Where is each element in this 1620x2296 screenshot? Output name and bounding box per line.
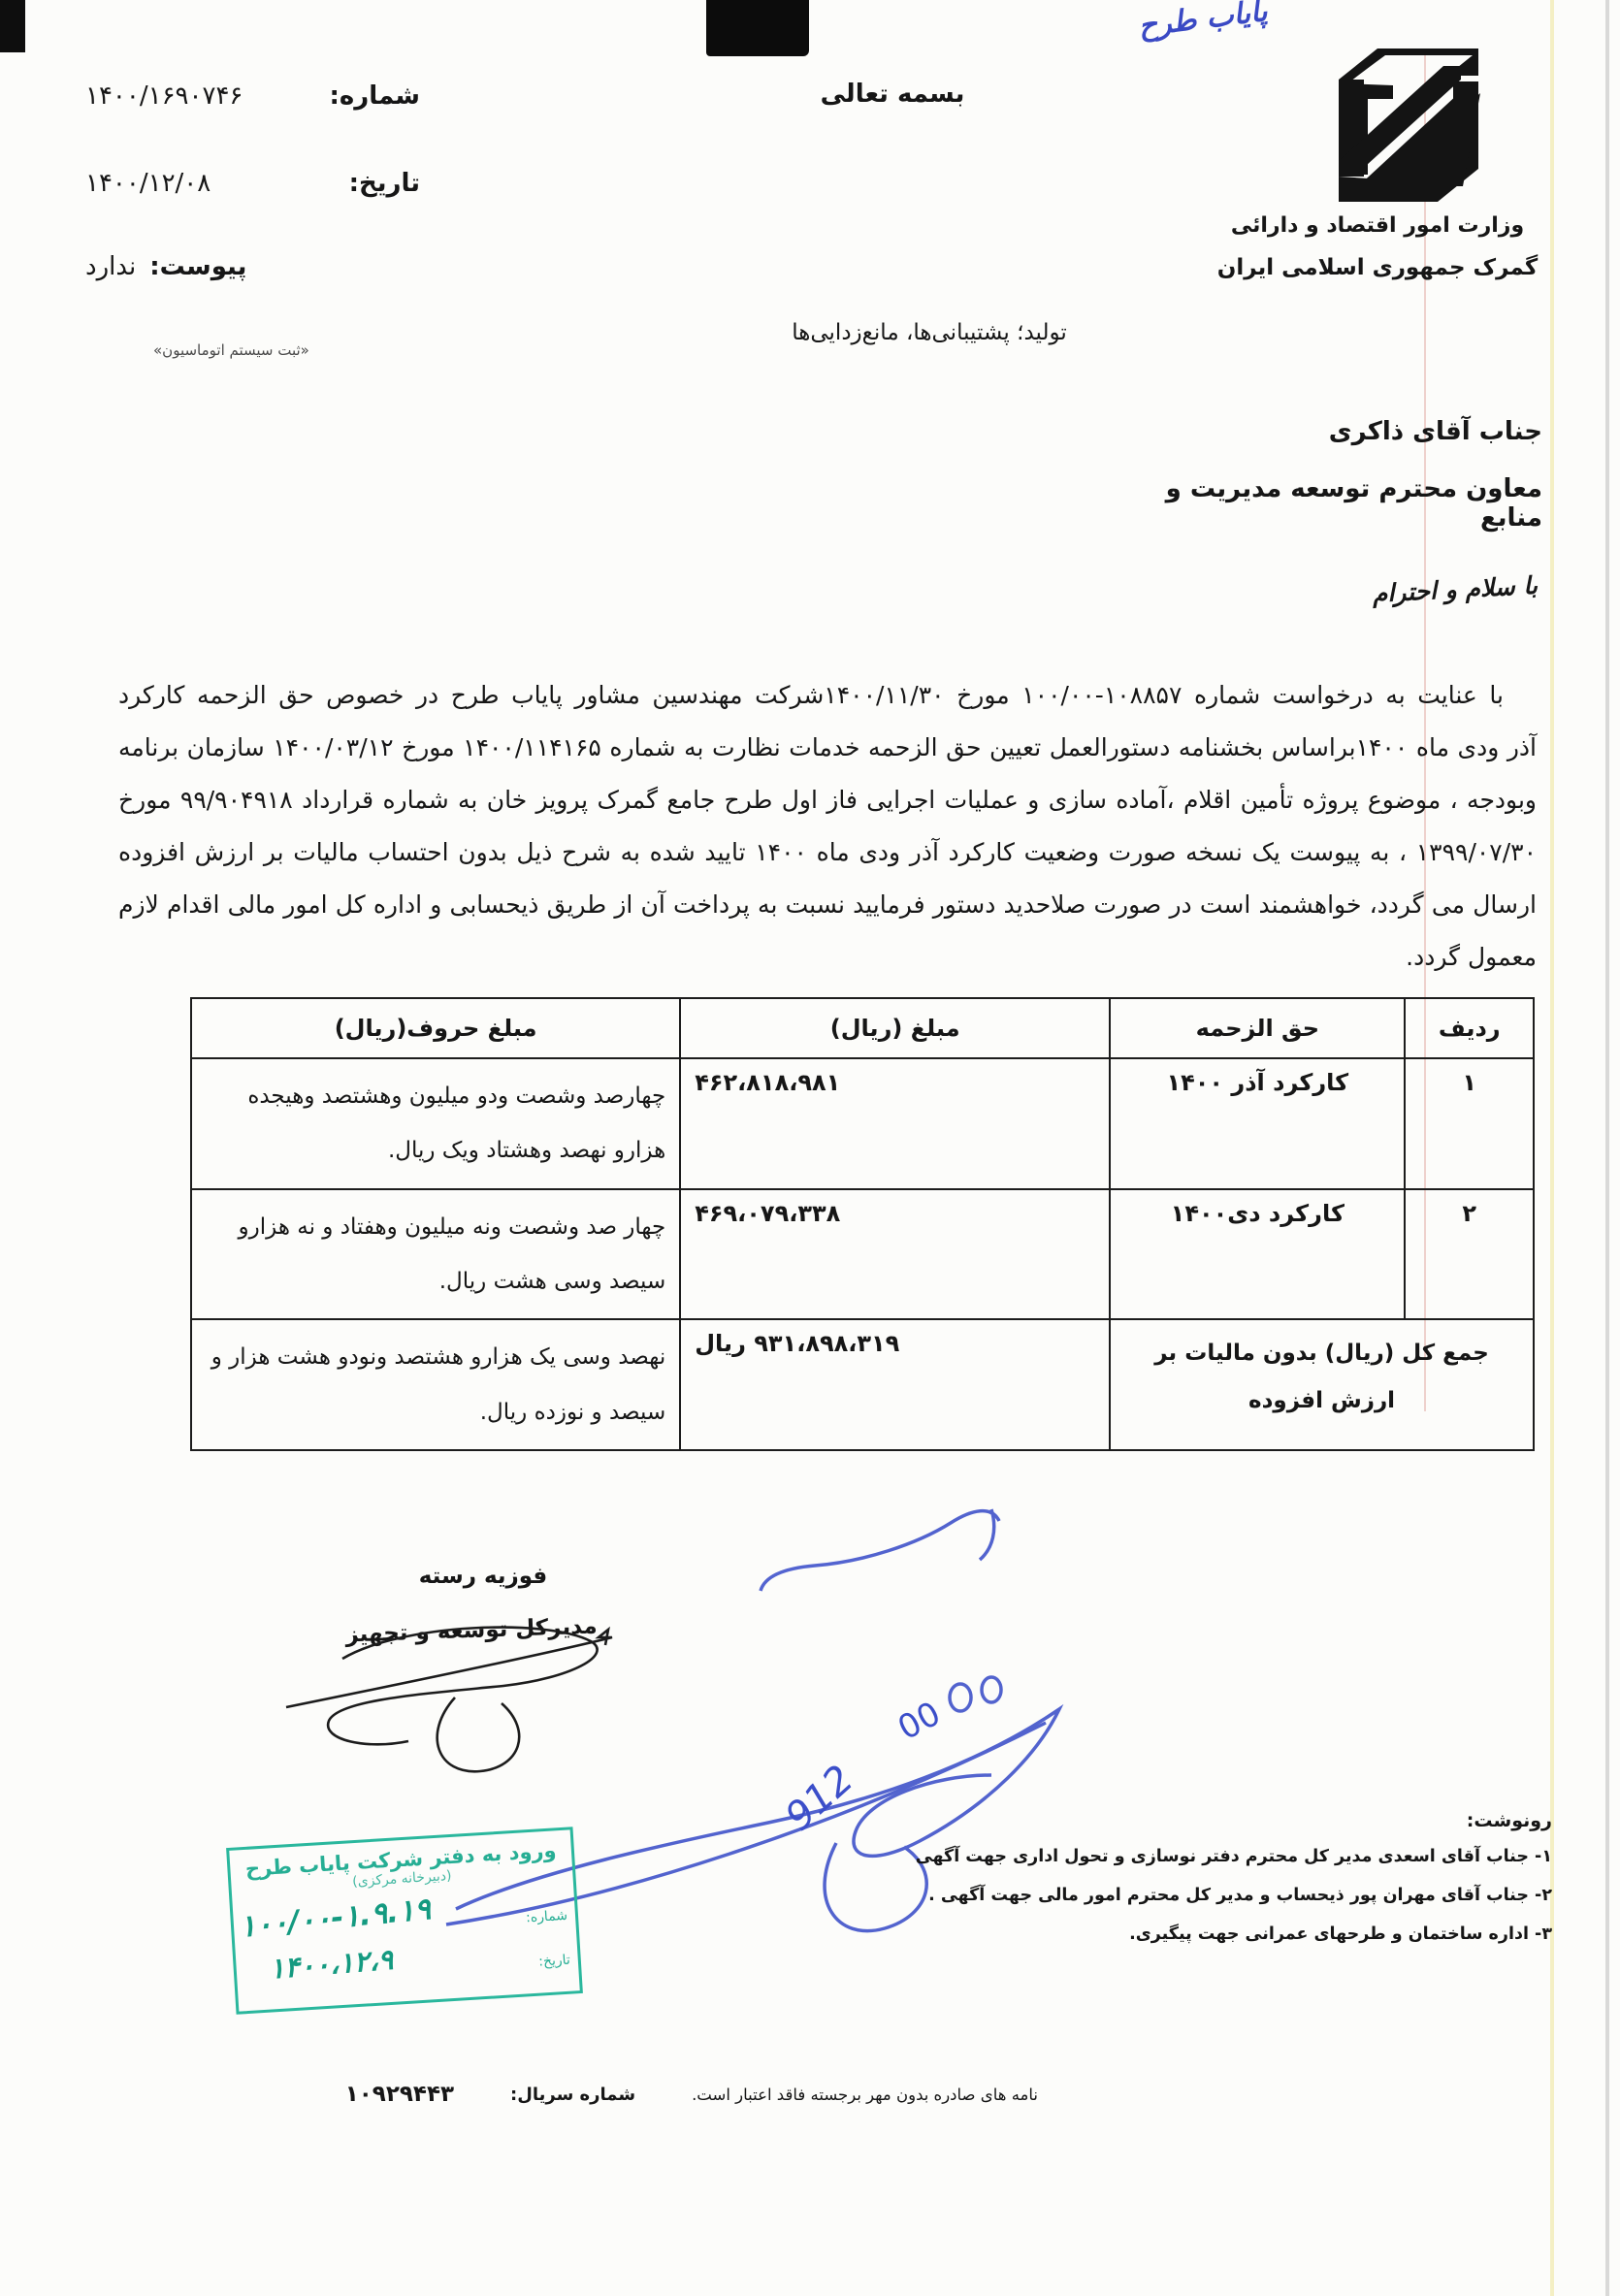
copies-section: رونوشت: ۱- جناب آقای اسعدی مدیر کل محترم… — [999, 1810, 1552, 1954]
copy-item: ۳- اداره ساختمان و طرحهای عمرانی جهت پیگ… — [999, 1915, 1552, 1954]
serial-label: شماره سریال: — [510, 2085, 635, 2105]
stamp-date-handwriting: ۱۴۰۰،۱۲،۹ — [268, 1943, 394, 1986]
fee-table-header-row: ردیف حق الزحمه مبلغ (ریال) مبلغ حروف(ریا… — [191, 998, 1534, 1058]
letter-date-row: تاریخ: ۱۴۰۰/۱۲/۰۸ — [85, 169, 420, 198]
letter-number-row: شماره: ۱۴۰۰/۱۶۹۰۷۴۶ — [85, 81, 420, 111]
organization-name: گمرک جمهوری اسلامی ایران — [1189, 255, 1566, 280]
header-fee: حق الزحمه — [1110, 998, 1405, 1058]
letter-attachment-value: ندارد — [85, 252, 136, 281]
table-total-row: جمع کل (ریال) بدون مالیات بر ارزش افزوده… — [191, 1319, 1534, 1450]
letter-date-value: ۱۴۰۰/۱۲/۰۸ — [85, 169, 211, 198]
row-amount-words: چهارصد وشصت ودو میلیون وهشتصد وهیجده هزا… — [191, 1058, 680, 1189]
handwritten-blue-note: پایاب طرح — [1076, 0, 1330, 51]
redaction-box — [706, 0, 809, 56]
recipient-name: جناب آقای ذاکری — [1145, 417, 1542, 446]
header-index: ردیف — [1405, 998, 1534, 1058]
body-line: ۱۳۹۹/۰۷/۳۰ ، به پیوست یک نسخه صورت وضعیت… — [118, 826, 1537, 879]
entry-stamp: ورود به دفتر شرکت پایاب طرح (دبیرخانه مر… — [226, 1827, 583, 2015]
copy-item: ۲- جناب آقای مهران پور ذیحساب و مدیر کل … — [999, 1876, 1552, 1915]
row-index: ۲ — [1405, 1189, 1534, 1320]
stamp-number-label: شماره: — [526, 1908, 568, 1926]
row-amount: ۴۶۲،۸۱۸،۹۸۱ — [680, 1058, 1110, 1189]
row-fee: کارکرد آذر ۱۴۰۰ — [1110, 1058, 1405, 1189]
letter-page: پایاب طرح بسمه تعالی وزارت امور اقتصاد و… — [0, 0, 1620, 2296]
body-line: معمول گردد. — [118, 931, 1537, 984]
letter-number-value: ۱۴۰۰/۱۶۹۰۷۴۶ — [85, 81, 243, 111]
total-label: جمع کل (ریال) بدون مالیات بر ارزش افزوده — [1110, 1319, 1534, 1450]
letter-date-label: تاریخ: — [349, 169, 420, 198]
blue-note-digits: 912 — [777, 1757, 862, 1839]
validity-notice: نامه های صادره بدون مهر برجسته فاقد اعتب… — [692, 2086, 1038, 2104]
table-row: ۱ کارکرد آذر ۱۴۰۰ ۴۶۲،۸۱۸،۹۸۱ چهارصد وشص… — [191, 1058, 1534, 1189]
recipient-title: معاون محترم توسعه مدیریت و منابع — [1145, 474, 1542, 533]
stamp-date-label: تاریخ: — [538, 1953, 570, 1970]
body-line: وبودجه ، موضوع پروژه تأمین اقلام ،آماده … — [118, 774, 1537, 826]
body-line: با عنایت به درخواست شماره ۱۰۸۸۵۷-۱۰۰/۰۰ … — [118, 669, 1537, 722]
year-slogan: تولید؛ پشتیبانی‌ها، مانع‌زدایی‌ها — [749, 320, 1110, 345]
letter-number-label: شماره: — [330, 81, 420, 111]
body-line: آذر ودی ماه ۱۴۰۰براساس بخشنامه دستورالعم… — [118, 722, 1537, 774]
copies-label: رونوشت: — [999, 1810, 1552, 1831]
row-index: ۱ — [1405, 1058, 1534, 1189]
total-amount: ۹۳۱،۸۹۸،۳۱۹ ریال — [680, 1319, 1110, 1450]
row-fee: کارکرد دی۱۴۰۰ — [1110, 1189, 1405, 1320]
header-amount-words: مبلغ حروف(ریال) — [191, 998, 680, 1058]
body-line: ارسال می گردد، خواهشمند است در صورت صلاح… — [118, 879, 1537, 931]
salutation-handwriting: با سلام و احترام — [1343, 571, 1538, 609]
ministry-name: وزارت امور اقتصاد و دارائی — [1203, 213, 1552, 238]
header-amount: مبلغ (ریال) — [680, 998, 1110, 1058]
blue-note-zeros: 00 — [891, 1695, 947, 1749]
scan-corner-mark — [0, 0, 25, 52]
scan-edge-line — [1605, 0, 1609, 2296]
fee-table: ردیف حق الزحمه مبلغ (ریال) مبلغ حروف(ریا… — [190, 997, 1535, 1451]
table-row: ۲ کارکرد دی۱۴۰۰ ۴۶۹،۰۷۹،۳۳۸ چهار صد وشصت… — [191, 1189, 1534, 1320]
bismillah-text: بسمه تعالی — [771, 80, 1014, 109]
total-amount-words: نهصد وسی یک هزارو هشتصد ونودو هشت هزار و… — [191, 1319, 680, 1450]
letter-body: با عنایت به درخواست شماره ۱۰۸۸۵۷-۱۰۰/۰۰ … — [118, 669, 1537, 984]
letter-attachment-row: پیوست: ندارد — [85, 252, 420, 281]
customs-logo-icon — [1331, 47, 1486, 204]
serial-value: ۱۰۹۲۹۴۴۳ — [345, 2082, 454, 2107]
stamp-number-handwriting: ۱۰۰/۰۰‎-‎۱.۹.۱۹ — [238, 1892, 432, 1945]
letter-attachment-label: پیوست: — [149, 252, 246, 281]
copy-item: ۱- جناب آقای اسعدی مدیر کل محترم دفتر نو… — [999, 1837, 1552, 1876]
row-amount: ۴۶۹،۰۷۹،۳۳۸ — [680, 1189, 1110, 1320]
automation-note: «ثبت سیستم اتوماسیون» — [153, 341, 309, 359]
footer: نامه های صادره بدون مهر برجسته فاقد اعتب… — [243, 2082, 1038, 2107]
row-amount-words: چهار صد وشصت ونه میلیون وهفتاد و نه هزار… — [191, 1189, 680, 1320]
